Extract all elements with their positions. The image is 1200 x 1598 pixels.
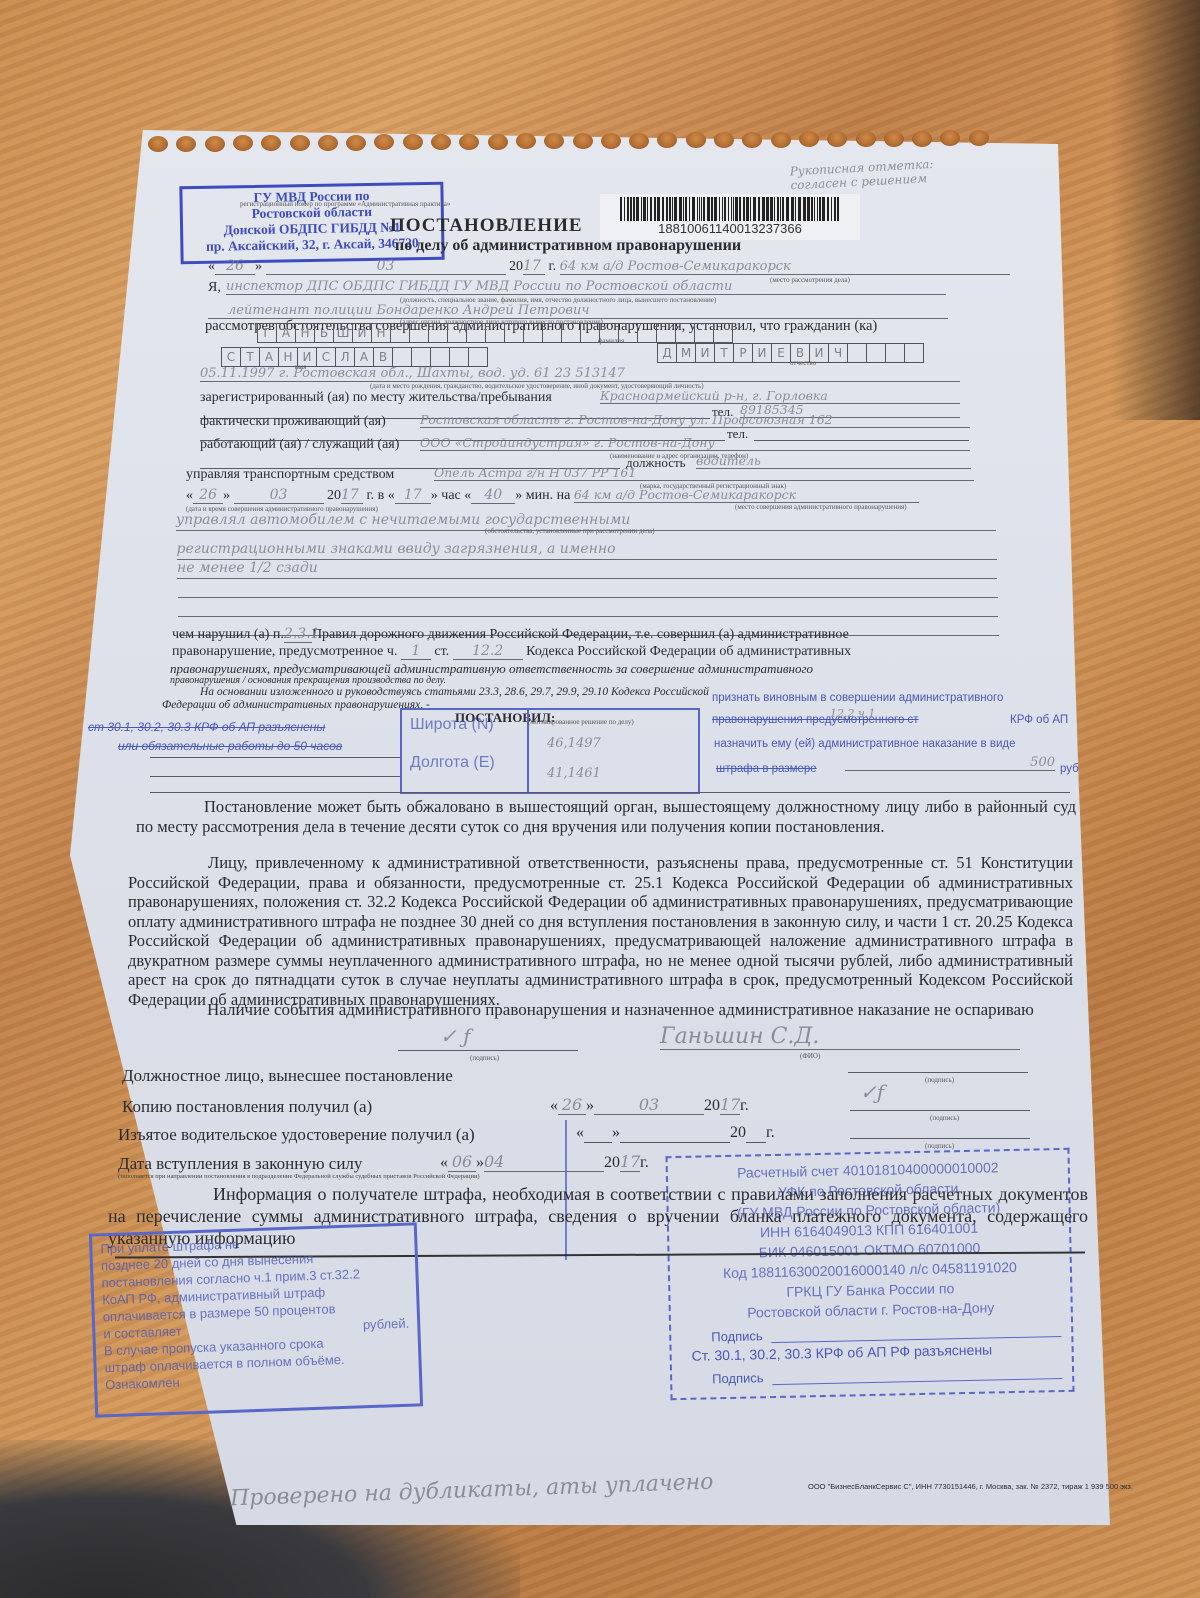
payment-sign-label-2: Подпись [712, 1370, 764, 1386]
minute-label: мин. [526, 488, 553, 503]
violation-line-4: правонарушения / основания прекращения п… [170, 675, 446, 686]
letter-cell [561, 323, 581, 343]
spiral-hole [601, 133, 621, 149]
year-prefix: 20 [509, 259, 523, 274]
spiral-hole [912, 131, 932, 147]
hour-label: час [441, 488, 460, 503]
letter-cell [904, 343, 924, 363]
violation-line-5: На основании изложенного и руководствуяс… [200, 686, 709, 698]
license-year [746, 1124, 766, 1143]
letter-cell [466, 323, 486, 343]
event-datetime-row: «26» 03 2017 г. в «17» час «40» мин. на … [186, 487, 919, 504]
circumstances-line: регистрационными знаками ввиду загрязнен… [177, 541, 997, 560]
year-label: г. [549, 259, 557, 274]
letter-cell: Г [257, 323, 277, 343]
letter-cell [485, 323, 505, 343]
discount-lines: При уплате штрафа непозднее 20 дней со д… [100, 1230, 411, 1394]
copy-signature: ✓ƒ [860, 1080, 884, 1104]
license-month [620, 1124, 730, 1143]
official-sign-label: Должностное лицо, вынесшее постановление [122, 1066, 453, 1086]
letter-cell: Ь [314, 323, 334, 343]
right-stamp-line-2: правонарушения предусмотренного ст [712, 714, 919, 726]
pdd-point: 2.3.1 [284, 626, 312, 643]
letter-cell: С [221, 347, 241, 367]
barcode-number: 18810061140013237366 [600, 221, 860, 236]
not-dispute-paragraph: Наличие события административного правон… [122, 1000, 1067, 1020]
signature-caption-3: (подпись) [930, 1114, 959, 1122]
event-place: 64 км а/д Ростов-Семикаракорск [574, 487, 919, 503]
left-stamp-line-2: или обязательные работы до 50 часов [118, 739, 342, 753]
letter-cell [694, 323, 714, 343]
violator-fio: Ганьшин С.Д. [660, 1024, 1020, 1050]
vehicle-label: управляя транспортным средством [186, 467, 394, 483]
decision-caption: (мотивированное решение по делу) [528, 718, 634, 726]
letter-cell [885, 343, 905, 363]
spiral-hole [346, 135, 366, 151]
letter-cell [504, 323, 524, 343]
date-row: «26» 03 2017 г. 64 км а/д Ростов-Семикар… [208, 258, 1010, 275]
letter-cell: Н [295, 323, 315, 343]
spiral-hole [856, 131, 876, 147]
payment-rights-line: Ст. 30.1, 30.2, 30.3 КРФ об АП РФ разъяс… [692, 1341, 993, 1363]
signature-caption-4: (подпись) [925, 1142, 954, 1150]
copy-month: 03 [594, 1095, 704, 1115]
spiral-hole [459, 134, 479, 150]
spiral-hole [176, 136, 196, 152]
actual-address-label: фактически проживающий (ая) [200, 414, 386, 430]
letter-cell: А [354, 347, 374, 367]
event-year: 17 [341, 487, 363, 504]
effective-date-row: «06»042017г. [440, 1152, 649, 1172]
bailiff-caption: (заполняется при направлении постановлен… [118, 1173, 480, 1180]
letter-cell: Е [771, 343, 791, 363]
signature-caption-1: (подпись) [470, 1054, 499, 1062]
letter-cell: Ш [333, 323, 353, 343]
spiral-hole [403, 134, 423, 150]
article-suffix: Кодекса Российской Федерации об админист… [526, 644, 851, 659]
effective-month: 04 [484, 1152, 604, 1172]
license-year-label: г. [766, 1124, 775, 1141]
rights-paragraph: Лицу, привлеченному к административной о… [128, 853, 1073, 1009]
letter-cell [656, 323, 676, 343]
spiral-hole [771, 132, 791, 148]
spiral-hole [488, 134, 508, 150]
letter-cell: А [276, 323, 296, 343]
official-line-1: инспектор ДПС ОБДПС ГИБДД ГУ МВД России … [226, 279, 946, 295]
circumstances-line: не менее 1/2 сзади [177, 560, 997, 579]
letter-cell [428, 323, 448, 343]
letter-cell: Р [733, 343, 753, 363]
license-received-label: Изъятое водительское удостоверение получ… [118, 1125, 475, 1145]
spiral-hole [573, 133, 593, 149]
copy-day: 26 [558, 1095, 586, 1115]
right-stamp-line-1: признать виновным в совершении администр… [712, 692, 1003, 704]
event-minute: 40 [471, 487, 515, 504]
letter-cell [411, 347, 431, 367]
spiral-hole [431, 134, 451, 150]
printer-imprint: ООО "БизнесБланкСервис С", ИНН 773015144… [808, 1482, 1133, 1491]
effective-date-label: Дата вступления в законную силу [118, 1154, 362, 1174]
circumstances-caption: (обстоятельства, установленные при рассм… [485, 527, 655, 535]
spiral-hole [969, 130, 989, 146]
violation-line-6: Федерации об административных правонаруш… [162, 699, 430, 711]
registered-label: зарегистрированный (ая) по месту жительс… [200, 390, 552, 406]
letter-cell [580, 323, 600, 343]
letter-cell: М [676, 343, 696, 363]
longitude-value: 41,1461 [547, 766, 601, 781]
article-prefix: правонарушение, предусмотренное ч. [172, 644, 397, 659]
article-part: 1 [401, 643, 431, 660]
violator-signature: ✓ ƒ [440, 1024, 471, 1048]
right-stamp-line-4: назначить ему (ей) административное нака… [714, 738, 1015, 750]
copy-year-prefix: 20 [704, 1097, 720, 1114]
date-day: 26 [215, 258, 255, 275]
firstname-cells: СТАНИСЛАВ [222, 347, 488, 367]
violation-prefix: чем нарушил (а) п. [172, 627, 284, 642]
desk-shadow [1110, 0, 1200, 420]
event-year-prefix: 20 [327, 488, 341, 503]
event-year-label: г. в [367, 488, 385, 503]
violation-line-2: правонарушение, предусмотренное ч. 1 ст.… [172, 643, 851, 660]
spiral-hole [318, 135, 338, 151]
letter-cell [675, 323, 695, 343]
letter-cell [409, 323, 429, 343]
spiral-hole [290, 135, 310, 151]
violation-line-1: чем нарушил (а) п.2.3.1Правил дорожного … [172, 626, 849, 643]
copy-year-label: г. [740, 1097, 749, 1114]
date-month: 03 [266, 258, 506, 275]
left-stamp-line-1: ст 30.1, 30.2, 30.3 КРФ об АП разъяснены [88, 720, 325, 734]
letter-cell: И [752, 343, 772, 363]
license-year-prefix: 20 [730, 1124, 746, 1141]
spiral-hole [714, 132, 734, 148]
reg-number-caption: регистрационный номер по программе «Адми… [240, 200, 450, 208]
event-place-caption: (место совершения административного прав… [735, 503, 907, 511]
date-year: 17 [523, 258, 545, 275]
appeal-paragraph: Постановление может быть обжаловано в вы… [136, 797, 1076, 836]
letter-cell: Т [240, 347, 260, 367]
official-prefix: Я, [208, 280, 221, 296]
latitude-value: 46,1497 [547, 736, 601, 751]
effective-year-prefix: 20 [604, 1154, 620, 1171]
letter-cell: А [259, 347, 279, 367]
circumstances-line [178, 598, 998, 617]
letter-cell: С [316, 347, 336, 367]
letter-cell: Т [714, 343, 734, 363]
signature-caption-2: (подпись) [925, 1076, 954, 1084]
letter-cell: Д [657, 343, 677, 363]
barcode-icon [620, 197, 840, 221]
fine-amount: 500 [845, 755, 1055, 771]
letter-cell: И [352, 323, 372, 343]
letter-cell [392, 347, 412, 367]
letter-cell [713, 323, 733, 343]
letter-cell [637, 323, 657, 343]
fio-caption: (ФИО) [800, 1052, 820, 1060]
letter-cell [447, 323, 467, 343]
letter-cell [430, 347, 450, 367]
official-line-2: лейтенант полиции Бондаренко Андрей Петр… [208, 303, 948, 319]
effective-year-label: г. [640, 1154, 649, 1171]
spiral-hole [148, 136, 168, 152]
spiral-hole [629, 133, 649, 149]
birth-info: 05.11.1997 г. Ростовская обл., Шахты, во… [200, 366, 960, 382]
handwritten-article: 12.2 ч.1 [830, 707, 875, 720]
review-place: 64 км а/д Ростов-Семикаракорск [560, 259, 1010, 275]
spiral-hole [205, 136, 225, 152]
barcode-sticker: 18810061140013237366 [600, 194, 860, 240]
effective-year: 17 [620, 1152, 640, 1172]
license-day [584, 1124, 612, 1143]
surname-caption: фамилия [598, 337, 624, 345]
right-stamp-line-5: штрафа в размере [716, 763, 817, 775]
letter-cell: Ч [828, 343, 848, 363]
event-day: 26 [193, 487, 223, 504]
discount-stamp: При уплате штрафа непозднее 20 дней со д… [89, 1222, 423, 1417]
effective-day: 06 [448, 1152, 476, 1172]
spiral-hole [742, 132, 762, 148]
article-number: 12.2 [453, 643, 523, 660]
letter-cell: И [695, 343, 715, 363]
letter-cell [847, 343, 867, 363]
surname-cells: ГАНЬШИН [258, 323, 733, 343]
copy-date-row: «26»032017г. [550, 1095, 749, 1115]
spiral-hole [884, 131, 904, 147]
letter-cell [468, 347, 488, 367]
letter-cell [523, 323, 543, 343]
letter-cell: В [373, 347, 393, 367]
latitude-label: Широта (N) [410, 716, 494, 734]
payment-sign-label: Подпись [711, 1328, 763, 1344]
letter-cell: Н [371, 323, 391, 343]
vehicle-value: Опель Астра г/н Н 037 РР 161 [434, 465, 974, 481]
copy-year: 17 [720, 1095, 740, 1115]
document-title: ПОСТАНОВЛЕНИЕ [390, 215, 583, 237]
letter-cell: Л [335, 347, 355, 367]
actual-address-value: Ростовская область г. Ростов-на-Дону ул.… [420, 412, 970, 428]
work-value: ООО «Стройиндустрия» г. Ростов-на-Дону [420, 435, 970, 451]
letter-cell [449, 347, 469, 367]
spiral-hole [686, 132, 706, 148]
letter-cell [866, 343, 886, 363]
event-hour: 17 [395, 487, 431, 504]
longitude-label: Долгота (E) [410, 754, 495, 772]
work-label: работающий (ая) / служащий (ая) [200, 437, 399, 453]
on-label: на [557, 488, 571, 503]
right-stamp-line-3: КРФ об АП [1010, 714, 1068, 726]
event-month: 03 [234, 487, 324, 504]
copy-received-label: Копию постановления получил (а) [122, 1097, 372, 1117]
license-date-row: « » 20 г. [576, 1124, 775, 1143]
violation-suffix: Правил дорожного движения Российской Фед… [312, 627, 849, 642]
right-stamp-line-6: руб [1060, 763, 1079, 775]
letter-cell [542, 323, 562, 343]
circumstances-line [178, 579, 998, 598]
article-label: ст. [434, 644, 449, 659]
letter-cell [390, 323, 410, 343]
